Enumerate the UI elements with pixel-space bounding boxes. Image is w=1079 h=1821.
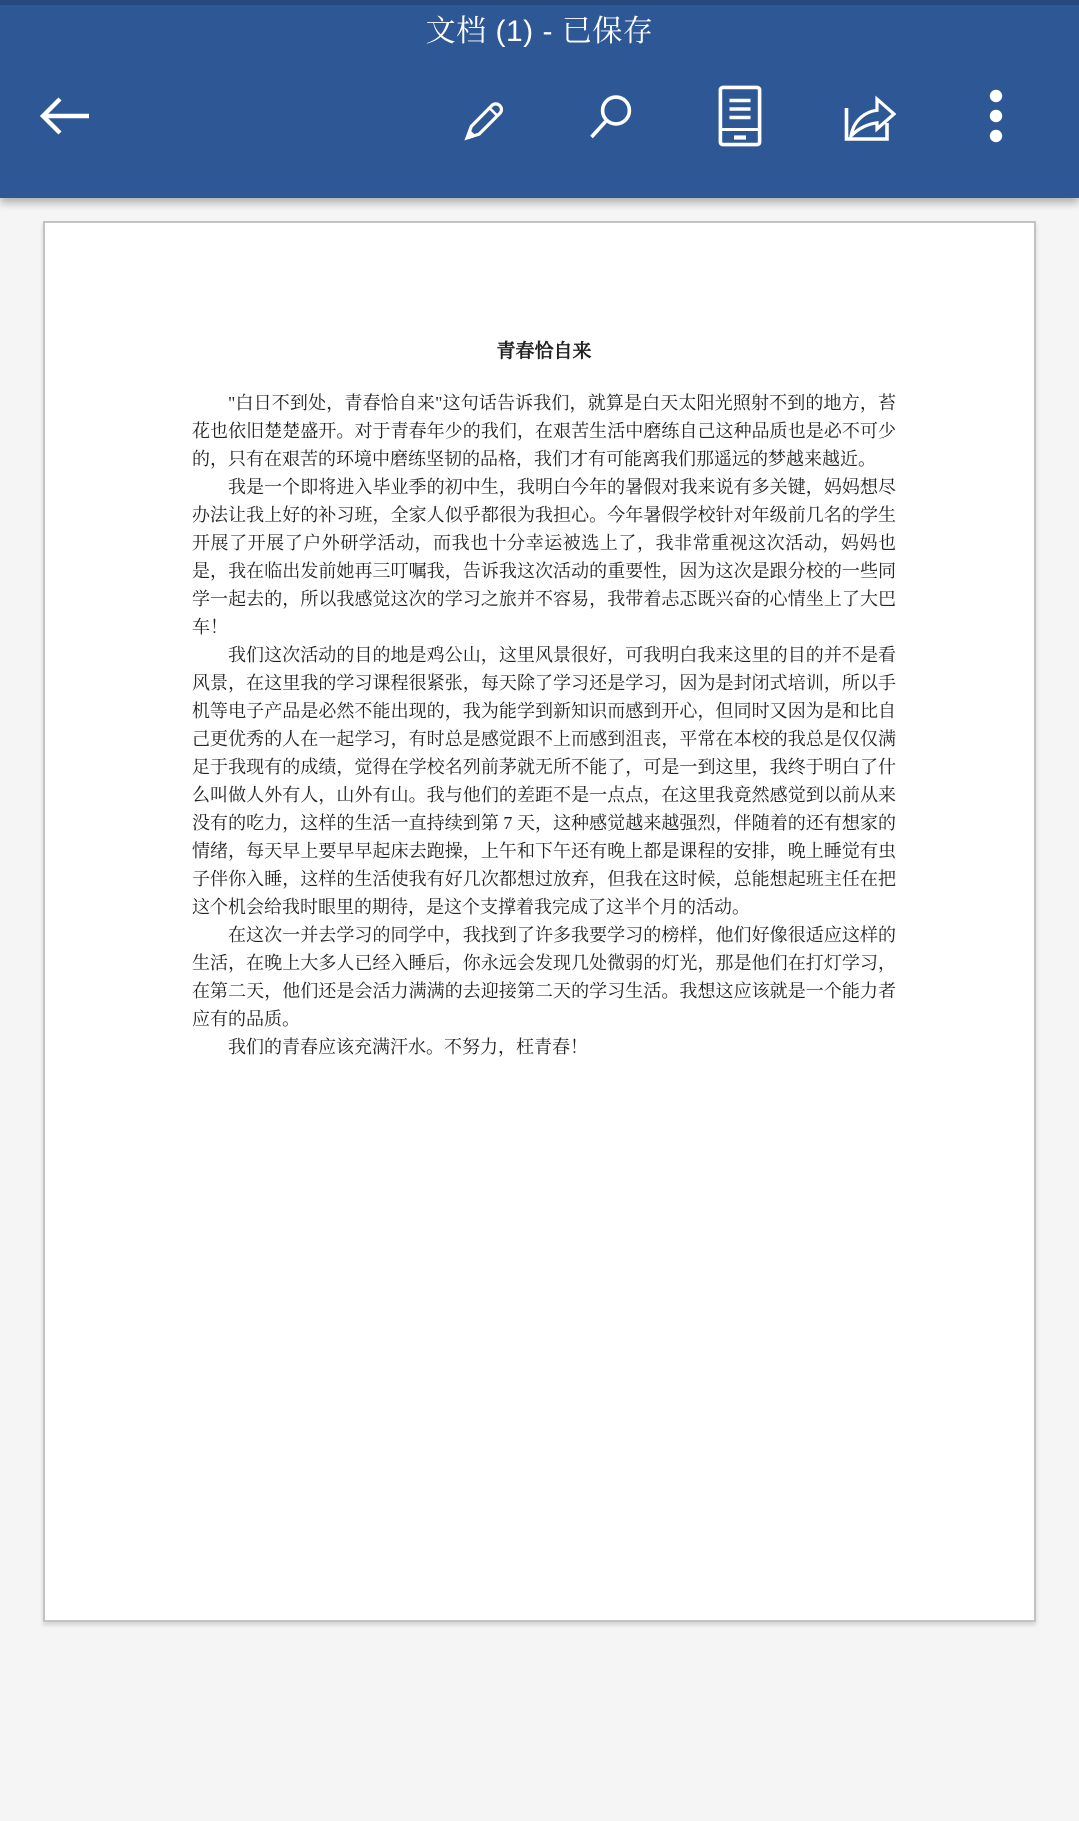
search-icon bbox=[587, 90, 637, 142]
mobile-view-icon bbox=[718, 85, 762, 147]
search-button[interactable] bbox=[587, 88, 637, 144]
share-button[interactable] bbox=[843, 88, 893, 144]
more-menu-icon bbox=[989, 89, 1003, 143]
document-heading: 青春恰自来 bbox=[192, 338, 896, 366]
paragraph-4: 在这次一并去学习的同学中，我找到了许多我要学习的榜样，他们好像很适应这样的生活，… bbox=[192, 921, 896, 1033]
paragraph-3: 我们这次活动的目的地是鸡公山，这里风景很好，可我明白我来这里的目的并不是看风景，… bbox=[192, 641, 896, 921]
paragraph-1: "白日不到处，青春恰自来"这句话告诉我们，就算是白天太阳光照射不到的地方，苔花也… bbox=[192, 389, 896, 473]
share-icon bbox=[840, 87, 896, 145]
edit-pencil-icon bbox=[459, 90, 509, 142]
document-title-bar-text: 文档 (1) - 已保存 bbox=[426, 15, 654, 48]
mobile-view-button[interactable] bbox=[715, 88, 765, 144]
back-icon bbox=[36, 94, 92, 138]
toolbar bbox=[0, 88, 1079, 144]
back-button[interactable] bbox=[36, 88, 92, 144]
titlebar: 文档 (1) - 已保存 bbox=[0, 0, 1079, 58]
paragraph-2: 我是一个即将进入毕业季的初中生，我明白今年的暑假对我来说有多关键，妈妈想尽办法让… bbox=[192, 473, 896, 641]
edit-button[interactable] bbox=[459, 88, 509, 144]
toolbar-right-group bbox=[459, 88, 1021, 144]
paragraph-5: 我们的青春应该充满汗水。不努力，枉青春！ bbox=[192, 1033, 896, 1061]
status-bar-strip bbox=[0, 0, 1079, 5]
more-menu-button[interactable] bbox=[971, 88, 1021, 144]
document-page[interactable]: 青春恰自来 "白日不到处，青春恰自来"这句话告诉我们，就算是白天太阳光照射不到的… bbox=[43, 221, 1036, 1622]
document-content: 青春恰自来 "白日不到处，青春恰自来"这句话告诉我们，就算是白天太阳光照射不到的… bbox=[45, 223, 1034, 1061]
app-header: 文档 (1) - 已保存 bbox=[0, 0, 1079, 198]
